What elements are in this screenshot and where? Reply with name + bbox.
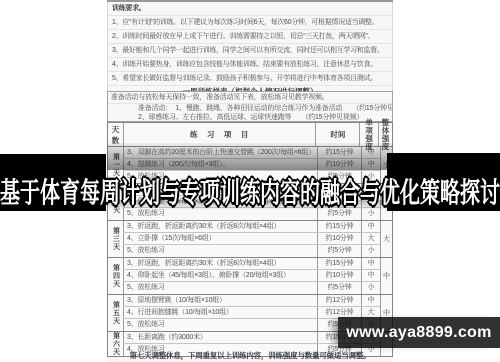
time-cell: 约10分钟 bbox=[317, 270, 361, 281]
exercise-cell: 3、长距离跑（约3000米） bbox=[123, 332, 317, 343]
exercise-cell: 5、放松练习 bbox=[123, 282, 317, 294]
preparation-box: 准备活动与放松每天保持一致，准备活动见下表，放松练习见教学视频。 准备活动： 1… bbox=[107, 91, 393, 122]
time-cell: 约5分钟 bbox=[317, 282, 361, 294]
day-label: 第三天 bbox=[108, 221, 123, 257]
overall-intensity-cell: 中 bbox=[380, 258, 392, 294]
exercise-cell: 4、行进间抱膝跳（10/每组×10组） bbox=[123, 307, 317, 318]
requirements-section: 训练要求。 1、应“有计划”的训练。以下建议为每次练习时间6天，每次60分钟，可… bbox=[107, 2, 393, 97]
requirement-item: 2、训练时间最好放在早上或下午进行。训练需要持之以恒，切忌“三天打鱼，两天晒网”… bbox=[108, 30, 392, 44]
day-group: 第三天3、折返跑，折返距离约30米（折返8次/每组×4组）约15分钟中4、立卧撑… bbox=[108, 221, 392, 258]
intensity-cell: 中 bbox=[361, 270, 380, 281]
requirement-item: 5、希望家长做好监督与训练记录。鼓励孩子积极参与。开学将进行中考体育各项目测试。 bbox=[108, 72, 392, 86]
day-label: 第五天 bbox=[108, 295, 123, 331]
requirement-item: 3、最好能和几个同学一起进行训练，同学之间可以有所交流，同时还可以相互学习和监督… bbox=[108, 44, 392, 58]
watermark-box: www.aya8899.com bbox=[338, 317, 500, 348]
table-row: 3、原地摆臂跳（10/每组×10组）约12分钟中 bbox=[123, 295, 380, 307]
intensity-cell: 小 bbox=[361, 282, 380, 294]
requirements-heading: 训练要求。 bbox=[108, 2, 392, 16]
intensity-cell: 中 bbox=[361, 221, 380, 232]
time-cell: 约15分钟 bbox=[317, 221, 361, 232]
prep-note: 准备活动与放松每天保持一致，准备活动见下表，放松练习见教学视频。 bbox=[108, 92, 392, 104]
table-row: 5、放松练习约5分钟小 bbox=[123, 282, 380, 294]
intensity-cell: 小 bbox=[361, 245, 380, 257]
title-shadow-top bbox=[107, 143, 393, 170]
requirement-item: 1、应“有计划”的训练。以下建议为每次练习时间6天，每次60分钟，可根据情况适当… bbox=[108, 16, 392, 30]
table-row: 4、立卧撑（15次/每组×6组）约10分钟大 bbox=[123, 233, 380, 245]
requirement-item: 4、训练开始要热身，训练应包含技能与体能训练。结束要有放松练习，注意休息与饮食。 bbox=[108, 58, 392, 72]
intensity-cell: 中 bbox=[361, 295, 380, 306]
time-cell: 约15分钟 bbox=[317, 258, 361, 269]
table-row: 4、仰卧起坐（45/每组×3组）、俯卧撑（20/每组×3组）约10分钟中 bbox=[123, 270, 380, 282]
exercise-cell: 3、折返跑，折返距离约30米（折返8次/每组×4组） bbox=[123, 258, 317, 269]
table-row: 5、放松练习约5分钟小 bbox=[123, 245, 380, 257]
day-group: 第四天3、折返跑，折返距离约30米（折返8次/每组×4组）约15分钟中4、仰卧起… bbox=[108, 258, 392, 295]
footer-note: 第七天调整休息，下周重复以上训练内容，训练强度与数量可做适当调整。 bbox=[107, 349, 393, 362]
prep-activity-line-2: 2、球感练习、左右推拉、高低运球、运球快速跑等 （约15分钟见视频） bbox=[108, 113, 392, 122]
time-cell: 约10分钟 bbox=[317, 233, 361, 244]
exercise-cell: 5、放松练习 bbox=[123, 245, 317, 257]
watermark-url: www.aya8899.com bbox=[346, 324, 491, 342]
table-row: 3、折返跑，折返距离约30米（折返8次/每组×4组）约15分钟中 bbox=[123, 258, 380, 270]
day-label: 第四天 bbox=[108, 258, 123, 294]
intensity-cell: 中 bbox=[361, 258, 380, 269]
day-rows: 3、折返跑，折返距离约30米（折返8次/每组×4组）约15分钟中4、仰卧起坐（4… bbox=[123, 258, 380, 294]
exercise-cell: 4、立卧撑（15次/每组×6组） bbox=[123, 233, 317, 244]
exercise-cell: 4、仰卧起坐（45/每组×3组）、俯卧撑（20/每组×3组） bbox=[123, 270, 317, 281]
overall-intensity-cell: 大 bbox=[380, 221, 392, 257]
exercise-cell: 3、原地摆臂跳（10/每组×10组） bbox=[123, 295, 317, 306]
page-root: 训练要求。 1、应“有计划”的训练。以下建议为每次练习时间6天，每次60分钟，可… bbox=[0, 0, 500, 362]
time-cell: 约12分钟 bbox=[317, 295, 361, 306]
intensity-cell: 大 bbox=[361, 233, 380, 244]
exercise-cell: 3、折返跑，折返距离约30米（折返8次/每组×4组） bbox=[123, 221, 317, 232]
table-row: 3、折返跑，折返距离约30米（折返8次/每组×4组）约15分钟中 bbox=[123, 221, 380, 233]
day-rows: 3、折返跑，折返距离约30米（折返8次/每组×4组）约15分钟中4、立卧撑（15… bbox=[123, 221, 380, 257]
exercise-cell: 5、放松练习 bbox=[123, 319, 317, 331]
article-title-overlay: 基于体育每周计划与专项训练内容的融合与优化策略探讨 bbox=[0, 170, 500, 211]
prep-activity-line-1: 准备活动： 1、慢跑、跳绳、各种田径运动的综合练习作为准备活动 （约15分钟见视… bbox=[108, 104, 392, 113]
time-cell: 约5分钟 bbox=[317, 245, 361, 257]
